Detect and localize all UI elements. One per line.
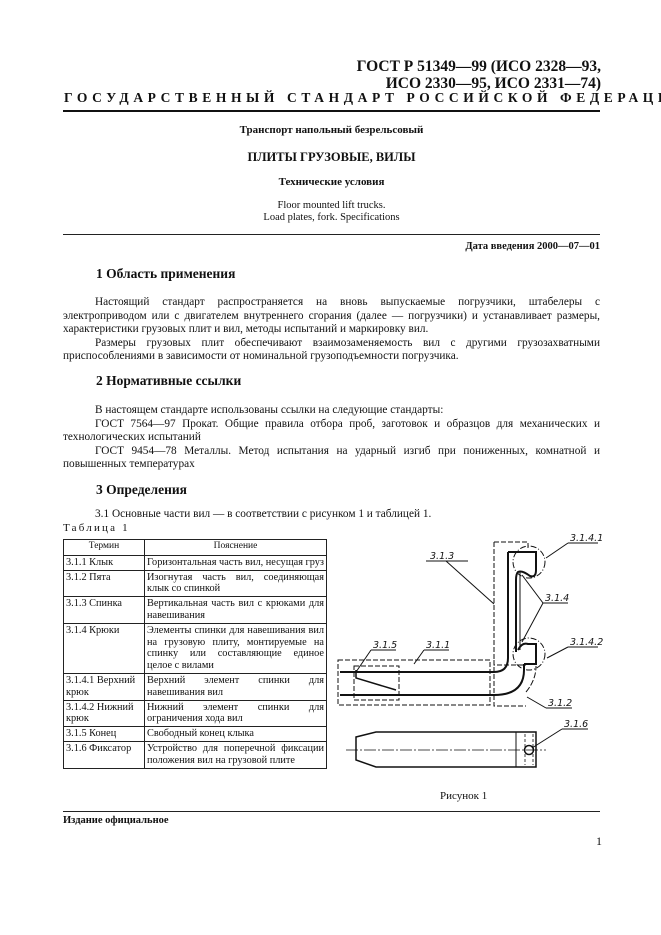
explanation-cell: Элементы спинки для навешивания вил на г…	[145, 623, 327, 673]
reference-gost-9454: ГОСТ 9454—78 Металлы. Метод испытания на…	[63, 445, 600, 472]
reference-gost-7564: ГОСТ 7564—97 Прокат. Общие правила отбор…	[63, 418, 600, 445]
term-cell: 3.1.2 Пята	[64, 570, 145, 597]
paragraph: В настоящем стандарте использованы ссылк…	[63, 404, 600, 418]
section-body-definitions: 3.1 Основные части вил — в соответствии …	[63, 508, 600, 522]
english-title: Floor mounted lift trucks. Load plates, …	[63, 200, 600, 224]
english-title-line2: Load plates, fork. Specifications	[63, 212, 600, 224]
english-title-line1: Floor mounted lift trucks.	[63, 200, 600, 212]
label-blade: 3.1.1	[426, 640, 450, 651]
label-lock: 3.1.6	[564, 719, 588, 730]
document-conditions: Технические условия	[63, 176, 600, 188]
section-body-references: В настоящем стандарте использованы ссылк…	[63, 404, 600, 472]
page-number: 1	[596, 834, 602, 849]
term-cell: 3.1.4.1 Верхний крюк	[64, 673, 145, 700]
explanation-cell: Свободный конец клыка	[145, 727, 327, 742]
term-cell: 3.1.6 Фиксатор	[64, 741, 145, 768]
table-label: Таблица 1	[63, 522, 130, 534]
paragraph: 3.1 Основные части вил — в соответствии …	[63, 508, 600, 522]
document-title: ПЛИТЫ ГРУЗОВЫЕ, ВИЛЫ	[63, 150, 600, 165]
table-header-row: Термин Пояснение	[64, 540, 327, 556]
document-subtitle: Транспорт напольный безрельсовый	[63, 124, 600, 136]
footer-rule	[63, 811, 600, 812]
explanation-cell: Изогнутая часть вил, соединяющая клык со…	[145, 570, 327, 597]
state-standard-banner: ГОСУДАРСТВЕННЫЙ СТАНДАРТ РОССИЙСКОЙ ФЕДЕ…	[64, 90, 600, 106]
label-tip: 3.1.5	[373, 640, 397, 651]
term-cell: 3.1.4 Крюки	[64, 623, 145, 673]
table-row: 3.1.4 КрюкиЭлементы спинки для навешиван…	[64, 623, 327, 673]
label-lower-hook: 3.1.4.2	[570, 637, 603, 648]
section-body-scope: Настоящий стандарт распространяется на в…	[63, 296, 600, 364]
section-heading-definitions: 3 Определения	[96, 482, 187, 498]
effective-date: Дата введения 2000—07—01	[465, 241, 600, 252]
gost-code-line1: ГОСТ Р 51349—99 (ИСО 2328—93,	[357, 58, 601, 75]
table-row: 3.1.6 ФиксаторУстройство для поперечной …	[64, 741, 327, 768]
edition-note: Издание официальное	[63, 815, 169, 826]
table-row: 3.1.3 СпинкаВертикальная часть вил с крю…	[64, 597, 327, 624]
column-header-explanation: Пояснение	[145, 540, 327, 556]
explanation-cell: Верхний элемент спинки для навешивания в…	[145, 673, 327, 700]
table-row: 3.1.4.1 Верхний крюкВерхний элемент спин…	[64, 673, 327, 700]
fork-drawing	[338, 542, 598, 767]
table-row: 3.1.1 КлыкГоризонтальная часть вил, несу…	[64, 555, 327, 570]
paragraph: Размеры грузовых плит обеспечивают взаим…	[63, 337, 600, 364]
term-cell: 3.1.3 Спинка	[64, 597, 145, 624]
table-row: 3.1.5 КонецСвободный конец клыка	[64, 727, 327, 742]
paragraph: Настоящий стандарт распространяется на в…	[63, 296, 600, 337]
term-cell: 3.1.4.2 Нижний крюк	[64, 700, 145, 727]
figure-labels: 3.1.3 3.1.4.1 3.1.4 3.1.4.2 3.1.5 3.1.1 …	[373, 533, 603, 730]
label-heel: 3.1.2	[548, 698, 572, 709]
header-rule	[63, 110, 600, 112]
explanation-cell: Вертикальная часть вил с крюками для нав…	[145, 597, 327, 624]
term-cell: 3.1.5 Конец	[64, 727, 145, 742]
fork-figure: 3.1.3 3.1.4.1 3.1.4 3.1.4.2 3.1.5 3.1.1 …	[336, 530, 626, 790]
gost-code: ГОСТ Р 51349—99 (ИСО 2328—93, ИСО 2330—9…	[357, 58, 601, 92]
section-heading-scope: 1 Область применения	[96, 266, 235, 282]
label-upper-hook: 3.1.4.1	[570, 533, 603, 544]
explanation-cell: Горизонтальная часть вил, несущая груз	[145, 555, 327, 570]
table-row: 3.1.2 ПятаИзогнутая часть вил, соединяющ…	[64, 570, 327, 597]
section-heading-references: 2 Нормативные ссылки	[96, 373, 241, 389]
term-cell: 3.1.1 Клык	[64, 555, 145, 570]
definitions-table: Термин Пояснение 3.1.1 КлыкГоризонтальна…	[63, 539, 327, 769]
column-header-term: Термин	[64, 540, 145, 556]
figure-caption: Рисунок 1	[440, 790, 487, 802]
label-back: 3.1.3	[430, 551, 454, 562]
explanation-cell: Нижний элемент спинки для ограничения хо…	[145, 700, 327, 727]
label-hooks: 3.1.4	[545, 593, 569, 604]
table-row: 3.1.4.2 Нижний крюкНижний элемент спинки…	[64, 700, 327, 727]
title-rule	[63, 234, 600, 235]
explanation-cell: Устройство для поперечной фиксации полож…	[145, 741, 327, 768]
